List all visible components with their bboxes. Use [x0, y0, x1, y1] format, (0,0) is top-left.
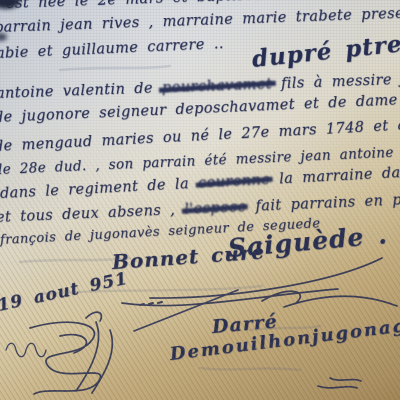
line-8-pre: dans le regiment de la — [0, 176, 189, 202]
line-4-pre: antoine valentin de — [0, 81, 153, 102]
line-9-post: fait parrains en presence de — [255, 188, 400, 214]
margin-date: 19 aout 951 — [0, 269, 130, 316]
photo-edge-smudge — [0, 33, 7, 41]
priest-signature: dupré ptre. — [251, 29, 400, 73]
line-9-struck-word: l'espece — [184, 199, 247, 218]
manuscript-photo: est née le 2e mars et baptisée le même j… — [0, 0, 400, 400]
line-4-struck-word: pourchavamet — [162, 76, 273, 96]
bottom-signature-family: Demouilhonjugonages — [169, 312, 400, 365]
manuscript-line-3: abie et guillaume carrere .. — [0, 36, 224, 62]
line-8-struck-word: couronne — [198, 172, 271, 192]
line-4-post: fils à messire jean — [281, 71, 400, 92]
line-9-pre: et tous deux absens , — [0, 202, 175, 226]
